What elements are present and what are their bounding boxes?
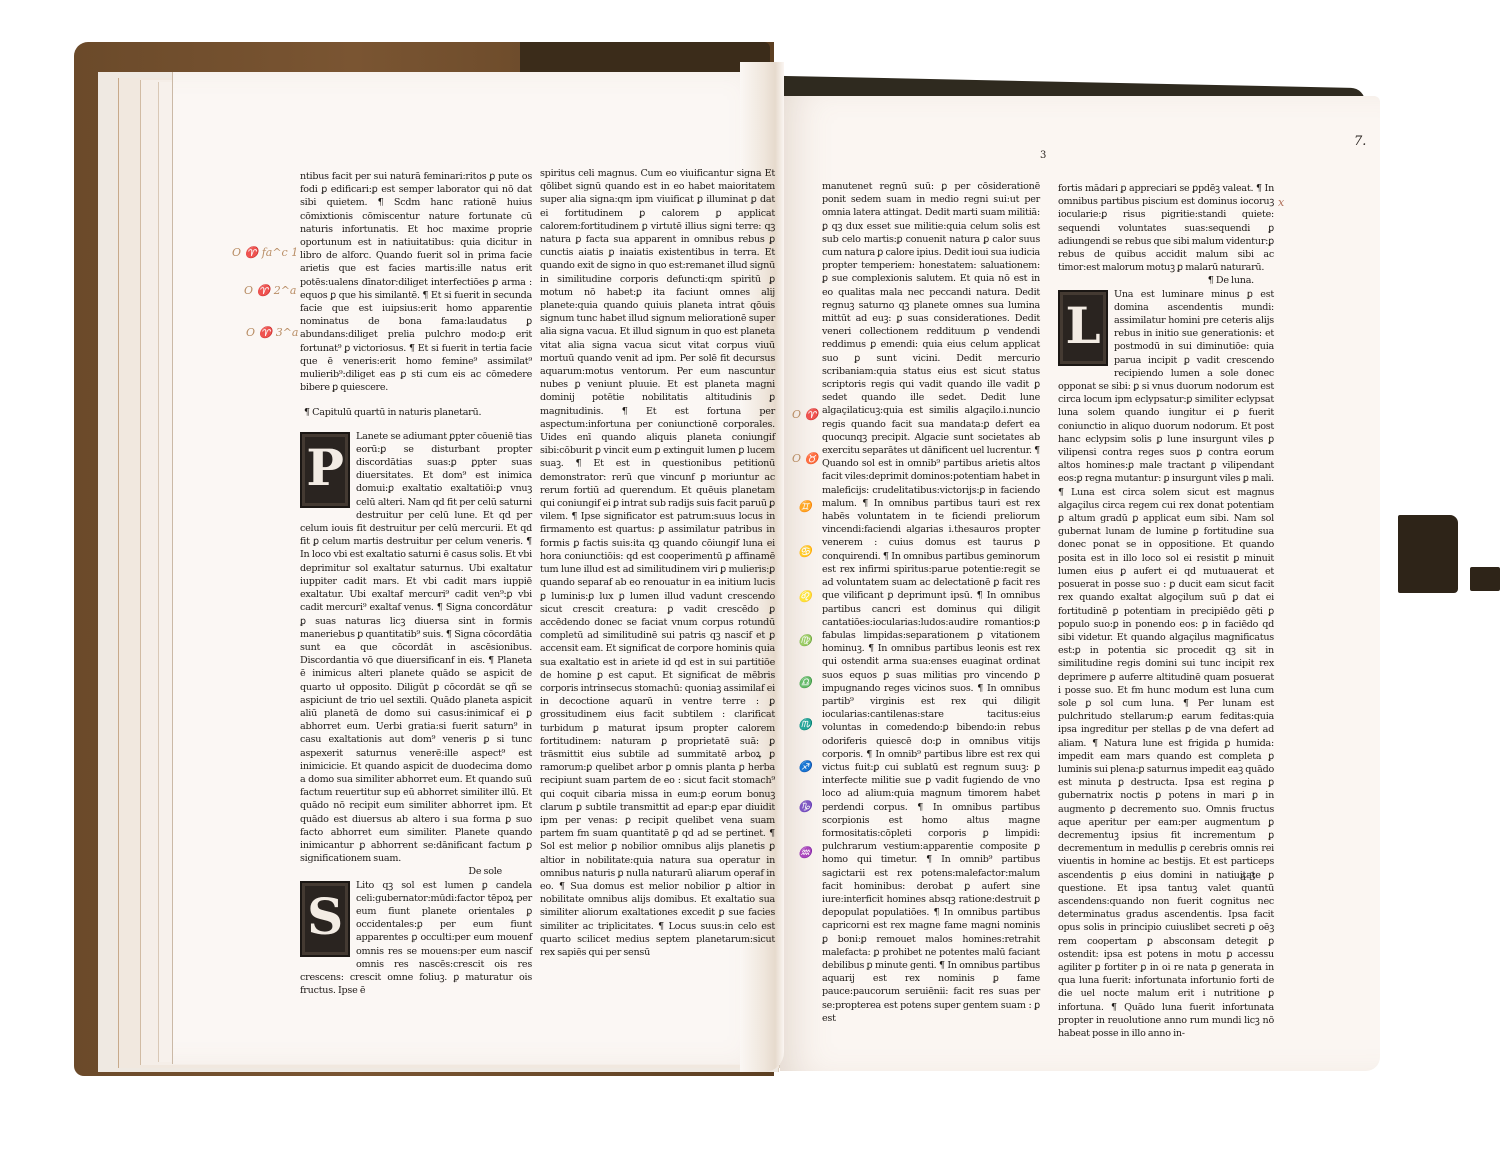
paragraph: manutenet regnū suū: ꝑ per cōsiderationē… <box>822 180 1040 1025</box>
paragraph: S Lito qꝫ sol est lumen ꝑ candela celi:g… <box>300 879 532 998</box>
paragraph-text: Una est luminare minus ꝑ est domina asce… <box>1058 289 1274 1039</box>
gutter-mark: 3 <box>1040 150 1046 161</box>
paragraph: ntibus facit per sui naturā feminari:rit… <box>300 170 532 394</box>
text-column-3: manutenet regnū suū: ꝑ per cōsiderationē… <box>822 180 1040 1025</box>
margin-mark: x <box>1278 196 1284 209</box>
foliation-number: 7. <box>1354 134 1366 149</box>
text-column-4: fortis mādari ꝑ appreciari se ꝑpdēꝫ vale… <box>1058 182 1274 1040</box>
margin-note-sagittarius: ♐ <box>798 760 812 773</box>
margin-note: O ♈ 3^a <box>246 326 298 339</box>
text-column-1: ntibus facit per sui naturā feminari:rit… <box>300 170 532 997</box>
book-cover-top-edge <box>520 42 770 72</box>
margin-note-libra: ♎ <box>798 676 812 689</box>
decorated-initial-p: P <box>300 432 350 508</box>
decorated-initial-s: S <box>300 881 350 957</box>
chapter-heading: ¶ Capitulū quartū in naturis planetarū. <box>300 406 532 419</box>
margin-note-capricorn: ♑ <box>798 800 812 813</box>
clasp-tab <box>1470 567 1500 591</box>
section-heading: De sole <box>300 865 532 878</box>
margin-note: O ♈ fa^c 1 <box>232 246 298 259</box>
paragraph: P Lanete se adiumant ꝑpter cōueniē tias … <box>300 430 532 866</box>
margin-note: O ♈ 2^a <box>244 284 296 297</box>
margin-note-cancer: ♋ <box>798 545 812 558</box>
margin-note-gemini: ♊ <box>798 500 812 513</box>
section-heading: ¶ De luna. <box>1058 274 1274 287</box>
margin-note-leo: ♌ <box>798 590 812 603</box>
paragraph: fortis mādari ꝑ appreciari se ꝑpdēꝫ vale… <box>1058 182 1274 274</box>
margin-note-aquarius: ♒ <box>798 846 812 859</box>
paragraph: spiritus celi magnus. Cum eo viuificantu… <box>540 167 775 959</box>
paragraph: L Una est luminare minus ꝑ est domina as… <box>1058 288 1274 1041</box>
margin-note-taurus: O ♉ <box>792 452 818 465</box>
margin-note-virgo: ♍ <box>798 634 812 647</box>
clasp-strap <box>1398 515 1458 593</box>
decorated-initial-l: L <box>1058 290 1108 366</box>
text-column-2: spiritus celi magnus. Cum eo viuificantu… <box>540 167 775 959</box>
margin-note-scorpio: ♏ <box>798 718 812 731</box>
margin-note-aries: O ♈ <box>792 408 818 421</box>
